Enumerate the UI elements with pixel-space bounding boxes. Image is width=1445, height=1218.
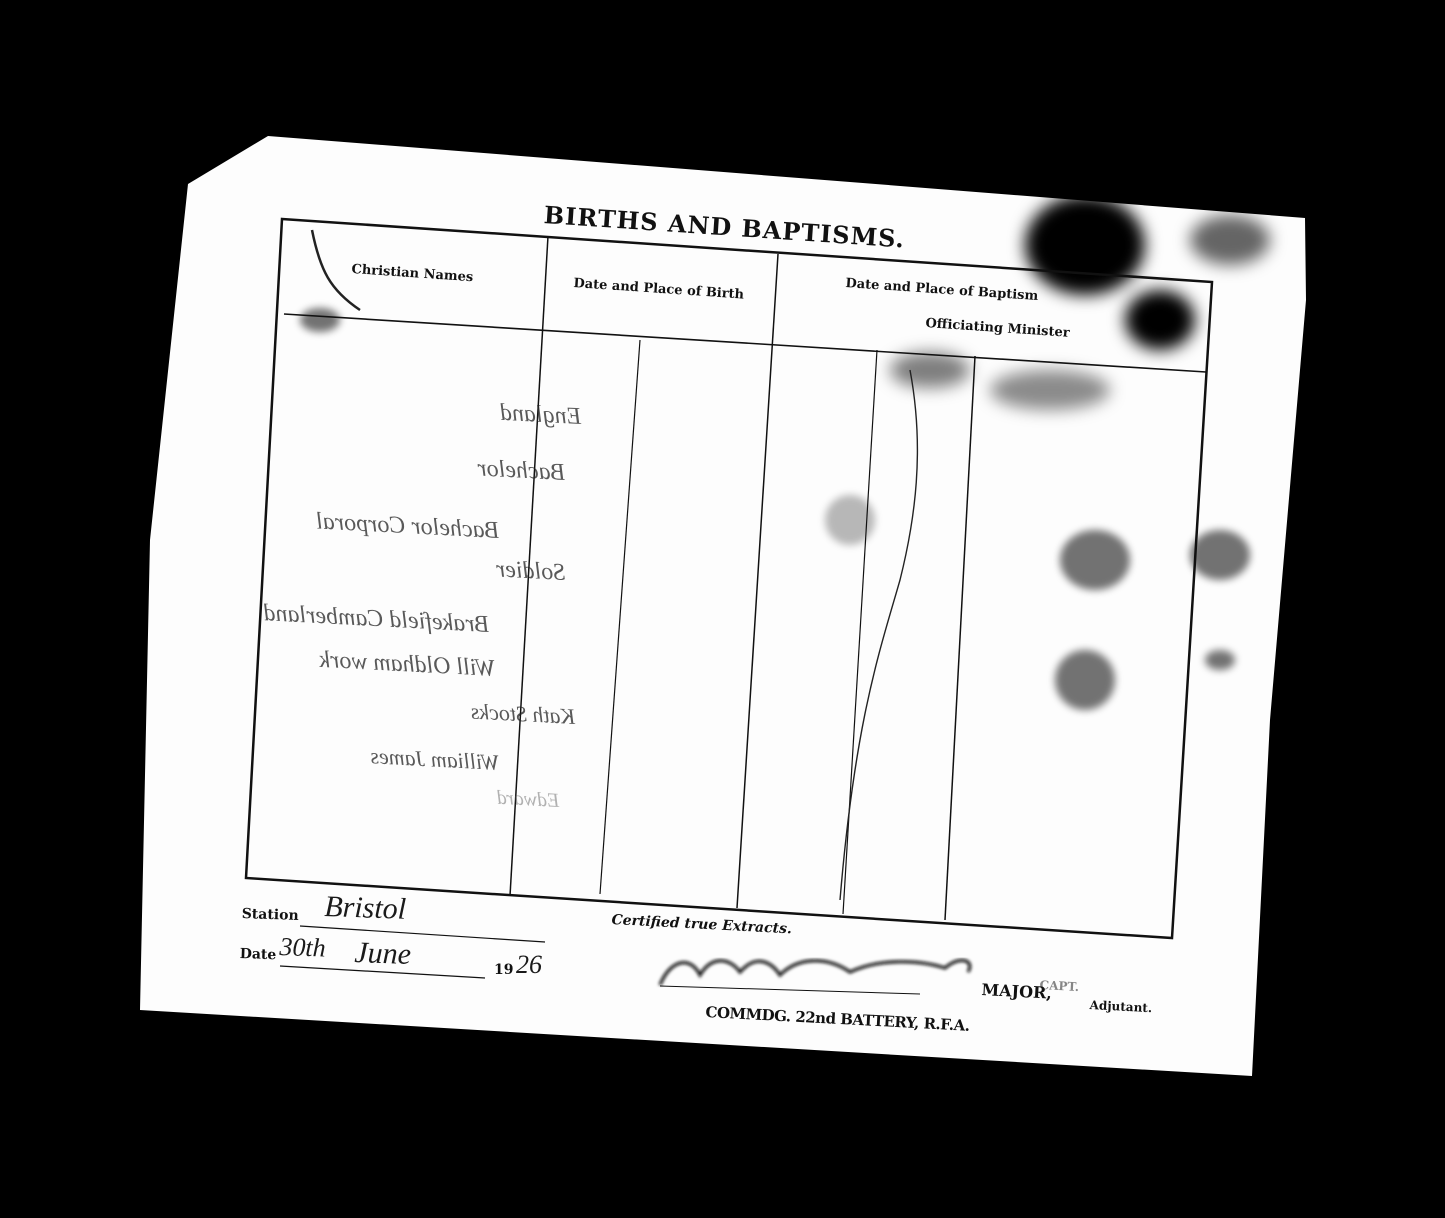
date-year-suffix: 26: [516, 950, 542, 980]
station-value: Bristol: [324, 890, 407, 927]
document-scan: [0, 0, 1445, 1218]
date-label: Date: [239, 946, 276, 963]
date-month: June: [354, 936, 412, 972]
bleed-entry: Soldier: [495, 556, 566, 587]
bleed-entry: Kath Stocks: [470, 699, 576, 730]
rank: MAJOR,: [981, 980, 1052, 1003]
bleed-entry: Edward: [496, 787, 560, 813]
bleed-entry: England: [499, 400, 582, 431]
bleed-entry: Bachelor: [477, 455, 566, 487]
date-year-prefix: 19: [494, 962, 513, 978]
station-label: Station: [241, 906, 298, 924]
date-day: 30th: [279, 932, 326, 964]
